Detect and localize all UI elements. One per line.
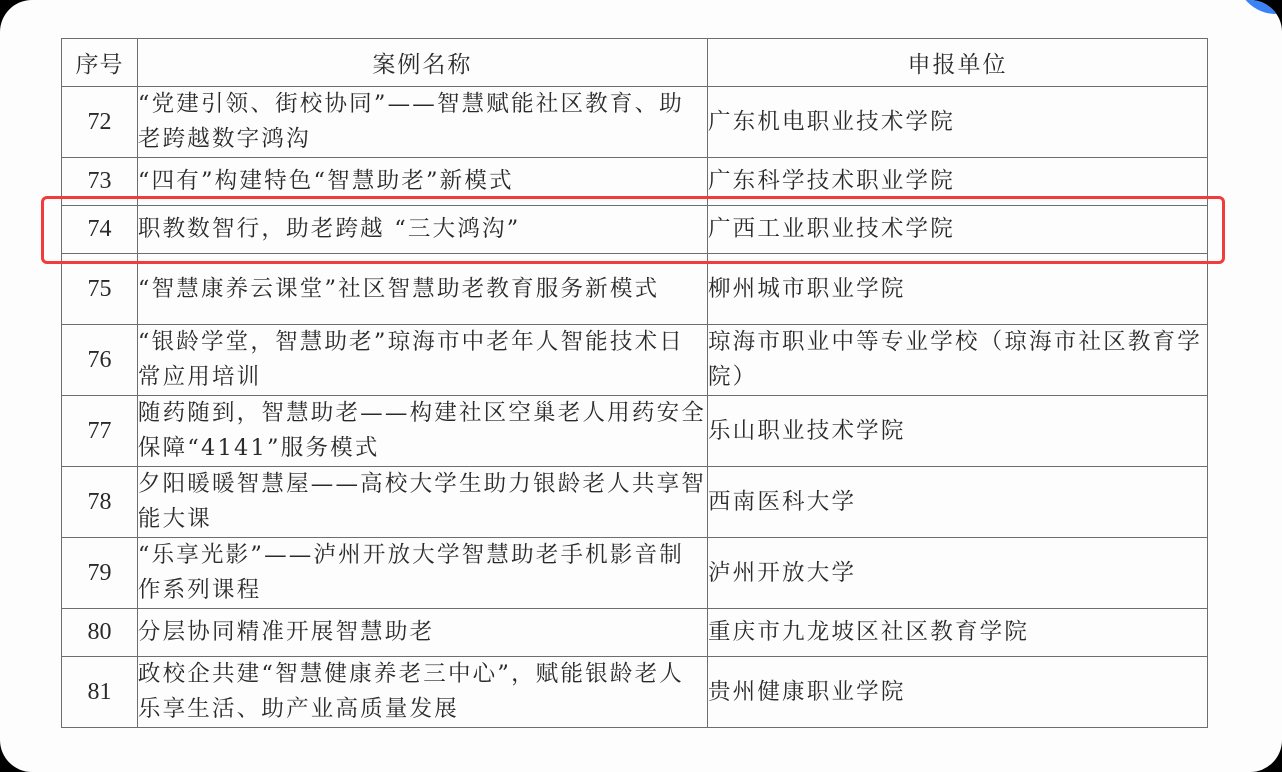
case-name: 分层协同精准开展智慧助老 bbox=[137, 609, 707, 657]
case-name: “智慧康养云课堂”社区智慧助老教育服务新模式 bbox=[137, 254, 707, 325]
row-number: 72 bbox=[62, 87, 138, 158]
row-number: 80 bbox=[62, 609, 138, 657]
table-row: 75 “智慧康养云课堂”社区智慧助老教育服务新模式 柳州城市职业学院 bbox=[62, 254, 1208, 325]
row-number: 75 bbox=[62, 254, 138, 325]
table-row: 81 政校企共建“智慧健康养老三中心”，赋能银龄老人乐享生活、助产业高质量发展 … bbox=[62, 657, 1208, 728]
table-row: 80 分层协同精准开展智慧助老 重庆市九龙坡区社区教育学院 bbox=[62, 609, 1208, 657]
case-name: “四有”构建特色“智慧助老”新模式 bbox=[137, 158, 707, 206]
table-row: 72 “党建引领、街校协同”——智慧赋能社区教育、助老跨越数字鸿沟 广东机电职业… bbox=[62, 87, 1208, 158]
case-name: 夕阳暖暖智慧屋——高校大学生助力银龄老人共享智能大课 bbox=[137, 467, 707, 538]
applicant-unit: 泸州开放大学 bbox=[707, 538, 1207, 609]
row-number: 81 bbox=[62, 657, 138, 728]
applicant-unit: 柳州城市职业学院 bbox=[707, 254, 1207, 325]
row-number: 76 bbox=[62, 325, 138, 396]
case-name: “乐享光影”——泸州开放大学智慧助老手机影音制作系列课程 bbox=[137, 538, 707, 609]
applicant-unit: 乐山职业技术学院 bbox=[707, 396, 1207, 467]
case-name: 职教数智行，助老跨越 “三大鸿沟” bbox=[137, 206, 707, 254]
applicant-unit: 广东机电职业技术学院 bbox=[707, 87, 1207, 158]
case-name: “党建引领、街校协同”——智慧赋能社区教育、助老跨越数字鸿沟 bbox=[137, 87, 707, 158]
case-list-table: 序号 案例名称 申报单位 72 “党建引领、街校协同”——智慧赋能社区教育、助老… bbox=[61, 38, 1208, 728]
corner-indicator bbox=[1236, 0, 1282, 14]
table-row: 77 随药随到，智慧助老——构建社区空巢老人用药安全保障“4141”服务模式 乐… bbox=[62, 396, 1208, 467]
case-name: 随药随到，智慧助老——构建社区空巢老人用药安全保障“4141”服务模式 bbox=[137, 396, 707, 467]
applicant-unit: 西南医科大学 bbox=[707, 467, 1207, 538]
case-name: “银龄学堂，智慧助老”琼海市中老年人智能技术日常应用培训 bbox=[137, 325, 707, 396]
table-row: 73 “四有”构建特色“智慧助老”新模式 广东科学技术职业学院 bbox=[62, 158, 1208, 206]
document-page: 序号 案例名称 申报单位 72 “党建引领、街校协同”——智慧赋能社区教育、助老… bbox=[0, 0, 1282, 772]
table-row: 76 “银龄学堂，智慧助老”琼海市中老年人智能技术日常应用培训 琼海市职业中等专… bbox=[62, 325, 1208, 396]
row-number: 78 bbox=[62, 467, 138, 538]
applicant-unit: 重庆市九龙坡区社区教育学院 bbox=[707, 609, 1207, 657]
table-row: 78 夕阳暖暖智慧屋——高校大学生助力银龄老人共享智能大课 西南医科大学 bbox=[62, 467, 1208, 538]
header-serial-number: 序号 bbox=[62, 39, 138, 87]
applicant-unit: 广东科学技术职业学院 bbox=[707, 158, 1207, 206]
header-case-name: 案例名称 bbox=[137, 39, 707, 87]
row-number: 73 bbox=[62, 158, 138, 206]
row-number: 77 bbox=[62, 396, 138, 467]
applicant-unit: 琼海市职业中等专业学校（琼海市社区教育学院） bbox=[707, 325, 1207, 396]
table-header-row: 序号 案例名称 申报单位 bbox=[62, 39, 1208, 87]
case-name: 政校企共建“智慧健康养老三中心”，赋能银龄老人乐享生活、助产业高质量发展 bbox=[137, 657, 707, 728]
header-applicant-unit: 申报单位 bbox=[707, 39, 1207, 87]
row-number: 74 bbox=[62, 206, 138, 254]
applicant-unit: 广西工业职业技术学院 bbox=[707, 206, 1207, 254]
table-row: 79 “乐享光影”——泸州开放大学智慧助老手机影音制作系列课程 泸州开放大学 bbox=[62, 538, 1208, 609]
row-number: 79 bbox=[62, 538, 138, 609]
table-row-highlighted: 74 职教数智行，助老跨越 “三大鸿沟” 广西工业职业技术学院 bbox=[62, 206, 1208, 254]
applicant-unit: 贵州健康职业学院 bbox=[707, 657, 1207, 728]
